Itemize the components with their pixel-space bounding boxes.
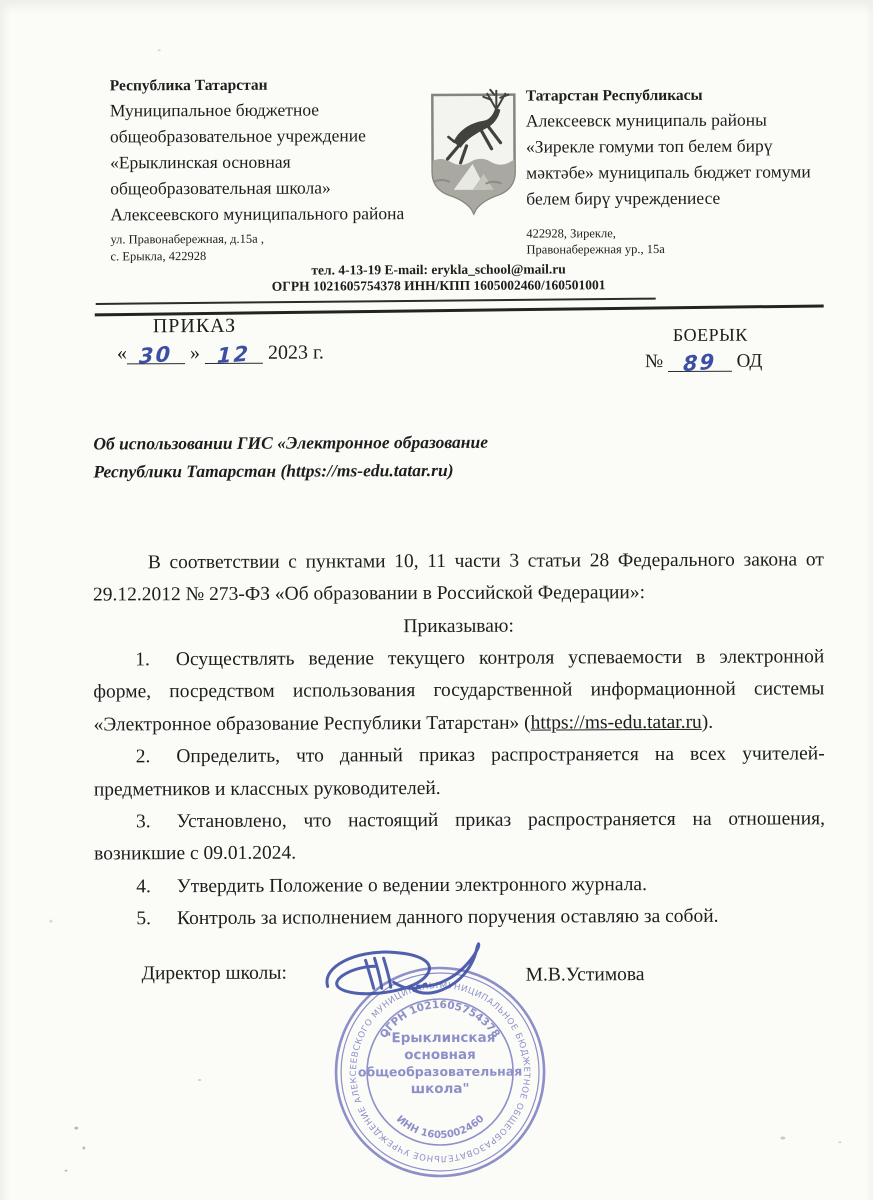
- contacts-ogrn-inn: ОГРН 1021605754378 ИНН/КПП 1605002460/16…: [109, 277, 769, 296]
- letterhead-left-address: ул. Правонабережная, д.15а , с. Ерыкла, …: [110, 231, 422, 265]
- order-number-line: № 89 ОД: [645, 350, 762, 374]
- letterhead-contacts: тел. 4-13-19 E-mail: erykla_school@mail.…: [109, 261, 769, 296]
- scan-speckle: [838, 1141, 841, 1143]
- handwritten-day: 30: [139, 344, 173, 368]
- letterhead-left-region: Республика Татарстан: [110, 76, 422, 95]
- order-date-line: «30 » 12 2023 г.: [117, 341, 324, 365]
- date-month-blank: 12: [205, 342, 263, 364]
- date-day-blank: 30: [127, 342, 185, 364]
- item-3-number: 3.: [136, 811, 151, 832]
- order-body: В соответствии с пунктами 10, 11 части 3…: [93, 544, 826, 935]
- number-sign: №: [645, 351, 663, 372]
- number-suffix: ОД: [737, 351, 763, 372]
- letterhead-right-region: Татарстан Республикасы: [526, 86, 820, 105]
- scan-speckle: [49, 920, 52, 923]
- letterhead-right-address-line1: 422928, Зирекле,: [526, 224, 820, 242]
- scan-speckle: [158, 49, 161, 51]
- letterhead-left-address-line1: ул. Правонабережная, д.15а ,: [110, 231, 422, 249]
- scan-speckle: [780, 1136, 785, 1139]
- order-item-1: 1.Осуществлять ведение текущего контроля…: [93, 641, 824, 741]
- item-4-text: Утвердить Положение о ведении электронно…: [177, 874, 647, 897]
- handwritten-number: 89: [683, 352, 717, 376]
- scanned-order-page: Республика Татарстан Муниципальное бюдже…: [0, 0, 873, 1200]
- letterhead-right-address: 422928, Зирекле, Правонабережная ур., 15…: [526, 224, 820, 258]
- stamp-center-line3: общеобразовательная: [358, 1064, 522, 1080]
- item-4-number: 4.: [136, 876, 151, 897]
- item-1-text-before-link: Осуществлять ведение текущего контроля у…: [93, 646, 824, 735]
- item-1-number: 1.: [135, 649, 150, 670]
- signature-role-label: Директор школы:: [142, 963, 287, 986]
- letterhead-left-org-name: Муниципальное бюджетное общеобразователь…: [110, 97, 423, 228]
- order-item-5: 5.Контроль за исполнением данного поруче…: [94, 900, 825, 936]
- item-5-number: 5.: [136, 908, 151, 929]
- number-blank: 89: [668, 350, 732, 372]
- date-quote-close: »: [190, 342, 200, 364]
- coat-of-arms-icon: [425, 86, 523, 217]
- item-1-link: https://ms-edu.tatar.ru: [531, 712, 702, 734]
- scan-speckle: [74, 1127, 78, 1130]
- letterhead-left-russian: Республика Татарстан Муниципальное бюдже…: [110, 76, 423, 264]
- director-signature-icon: [313, 938, 528, 1034]
- order-item-2: 2.Определить, что данный приказ распрост…: [94, 738, 825, 806]
- page-content: Республика Татарстан Муниципальное бюдже…: [0, 0, 873, 1200]
- stamp-center-line4: школа": [411, 1081, 470, 1097]
- letterhead-right-org-name: Алексеевск муниципаль районы «Зирекле го…: [526, 107, 820, 212]
- item-3-text: Установлено, что настоящий приказ распро…: [94, 808, 825, 865]
- item-2-number: 2.: [136, 746, 151, 767]
- subject-line1: Об использовании ГИС «Электронное образо…: [93, 427, 613, 457]
- order-title-tatar: БОЕРЫК: [673, 325, 748, 346]
- order-title-russian: ПРИКАЗ: [153, 315, 236, 338]
- letterhead-right-address-line2: Правонабережная ур., 15а: [526, 240, 820, 258]
- order-item-4: 4.Утвердить Положение о ведении электрон…: [94, 868, 825, 904]
- item-5-text: Контроль за исполнением данного поручени…: [177, 906, 719, 929]
- letterhead-divider-thin: [96, 298, 656, 305]
- body-intro: В соответствии с пунктами 10, 11 части 3…: [93, 544, 824, 612]
- subject-line2: Республики Татарстан (https://ms-edu.tat…: [93, 455, 613, 485]
- scan-speckle: [64, 1170, 67, 1172]
- date-quote-open: «: [117, 342, 127, 364]
- scan-speckle: [82, 1147, 85, 1150]
- order-item-3: 3.Установлено, что настоящий приказ расп…: [94, 803, 825, 871]
- date-year: 2023 г.: [268, 341, 324, 363]
- letterhead-right-tatar: Татарстан Республикасы Алексеевск муници…: [526, 86, 821, 257]
- item-2-text: Определить, что данный приказ распростра…: [94, 743, 825, 800]
- stamp-center-line2: основная: [404, 1047, 476, 1063]
- order-word: Приказываю:: [93, 609, 824, 645]
- handwritten-month: 12: [217, 344, 251, 368]
- item-1-text-after-link: ).: [702, 712, 713, 733]
- scan-speckle: [198, 1079, 201, 1081]
- order-subject: Об использовании ГИС «Электронное образо…: [93, 427, 613, 485]
